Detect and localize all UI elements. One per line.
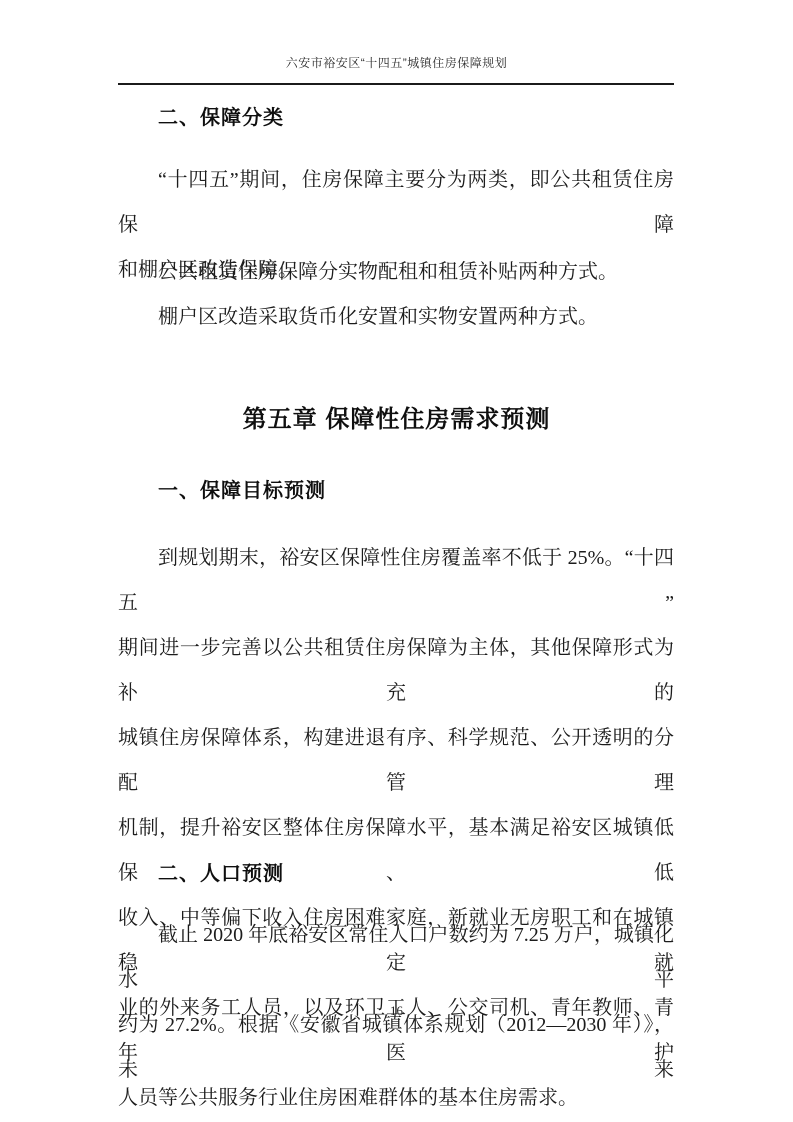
running-header: 六安市裕安区“十四五”城镇住房保障规划	[0, 54, 793, 71]
body-line: 截止 2020 年底裕安区常住人口户数约为 7.25 万户，城镇化水平	[118, 913, 674, 1003]
body-line: 城镇住房保障体系，构建进退有序、科学规范、公开透明的分配管理	[118, 716, 674, 806]
chapter-title: 第五章 保障性住房需求预测	[0, 404, 793, 436]
paragraph-public-rental: 公共租赁住房保障分实物配租和租赁补贴两种方式。	[118, 250, 674, 295]
paragraph-shantytown: 棚户区改造采取货币化安置和实物安置两种方式。	[118, 295, 674, 340]
header-rule-divider	[118, 83, 674, 85]
section-heading-population-forecast: 二、人口预测	[158, 861, 284, 887]
section-heading-target-forecast: 一、保障目标预测	[158, 478, 326, 504]
page-number: 16	[0, 1003, 793, 1019]
body-line: 公共租赁住房保障分实物配租和租赁补贴两种方式。	[118, 250, 674, 295]
section-heading-classification: 二、保障分类	[158, 105, 284, 131]
body-line: 期间进一步完善以公共租赁住房保障为主体，其他保障形式为补充的	[118, 626, 674, 716]
body-line: “十四五”期间，住房保障主要分为两类，即公共租赁住房保障	[118, 158, 674, 248]
body-line: 到规划期末，裕安区保障性住房覆盖率不低于 25%。“十四五”	[118, 536, 674, 626]
body-line: 棚户区改造采取货币化安置和实物安置两种方式。	[118, 295, 674, 340]
document-page: 六安市裕安区“十四五”城镇住房保障规划 二、保障分类 “十四五”期间，住房保障主…	[0, 0, 793, 1122]
